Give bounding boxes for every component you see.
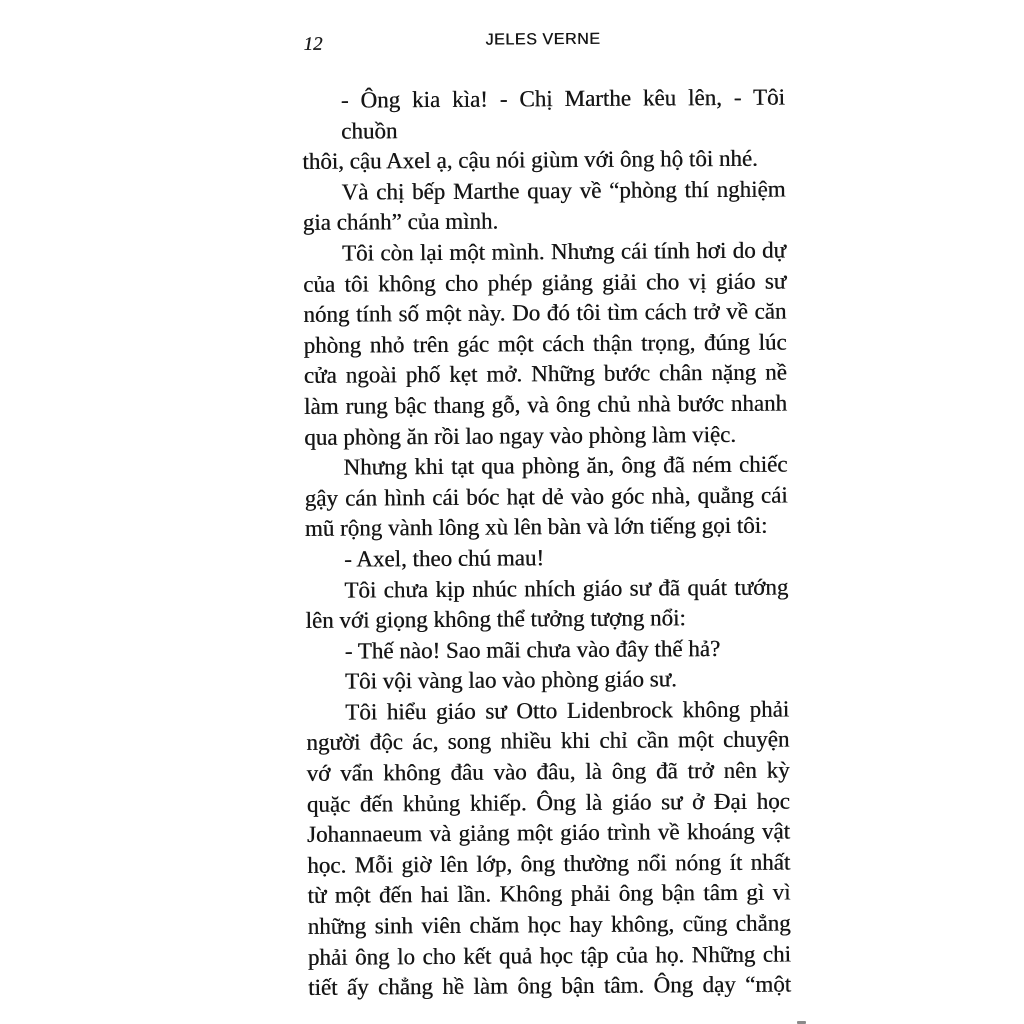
- text-line: phòng nhỏ trên gác một cách thận trọng, …: [303, 327, 786, 361]
- text-line: của tôi không cho phép giảng giải cho vị…: [303, 266, 786, 300]
- text-line: từ một đến hai lần. Không phải ông bận t…: [307, 878, 790, 912]
- text-line: Tôi hiểu giáo sư Otto Lidenbrock không p…: [306, 694, 789, 728]
- text-line: - Ông kia kìa! - Chị Marthe kêu lên, - T…: [302, 83, 785, 148]
- text-line: phải ông lo cho kết quả học tập của họ. …: [308, 939, 791, 973]
- paragraph: Tôi hiểu giáo sư Otto Lidenbrock không p…: [306, 694, 791, 1003]
- text-line: Nhưng khi tạt qua phòng ăn, ông đã ném c…: [304, 450, 787, 484]
- text-block: - Ông kia kìa! - Chị Marthe kêu lên, - T…: [302, 83, 791, 1004]
- text-line: mũ rộng vành lông xù lên bàn và lớn tiến…: [305, 511, 788, 545]
- text-line: nóng tính số một này. Do đó tôi tìm cách…: [303, 297, 786, 331]
- text-line: những sinh viên chăm học hay không, cũng…: [308, 909, 791, 943]
- text-line: gia chánh” của mình.: [303, 205, 786, 239]
- paragraph: Tôi chưa kịp nhúc nhích giáo sư đã quát …: [305, 572, 788, 637]
- text-line: lên với giọng không thể tưởng tượng nổi:: [305, 603, 788, 637]
- text-line: Tôi chưa kịp nhúc nhích giáo sư đã quát …: [305, 572, 788, 606]
- paragraph: - Thế nào! Sao mãi chưa vào đây thế hả?: [306, 633, 789, 667]
- paragraph: Tôi vội vàng lao vào phòng giáo sư.: [306, 664, 789, 698]
- text-line: gậy cán hình cái bóc hạt dẻ vào góc nhà,…: [305, 480, 788, 514]
- paragraph: Và chị bếp Marthe quay về “phòng thí ngh…: [302, 174, 785, 239]
- text-line: cửa ngoài phố kẹt mở. Những bước chân nặ…: [304, 358, 787, 392]
- paragraph: - Axel, theo chú mau!: [305, 541, 788, 575]
- text-line: học. Mỗi giờ lên lớp, ông thường nổi nón…: [307, 847, 790, 881]
- text-line: qua phòng ăn rồi lao ngay vào phòng làm …: [304, 419, 787, 453]
- text-line: vớ vẩn không đâu vào đâu, là ông đã trở …: [306, 756, 789, 790]
- text-line: - Thế nào! Sao mãi chưa vào đây thế hả?: [306, 633, 789, 667]
- text-line: Johannaeum và giảng một giáo trình về kh…: [307, 817, 790, 851]
- text-line: Tôi vội vàng lao vào phòng giáo sư.: [306, 664, 789, 698]
- paragraph: Tôi còn lại một mình. Nhưng cái tính hơi…: [303, 235, 787, 453]
- text-line: làm rung bậc thang gỗ, và ông chủ nhà bư…: [304, 388, 787, 422]
- text-line: thôi, cậu Axel ạ, cậu nói giùm với ông h…: [302, 144, 785, 178]
- text-line: quặc đến khủng khiếp. Ông là giáo sư ở Đ…: [307, 786, 790, 820]
- running-header: JELES VERNE: [301, 30, 784, 51]
- paragraph: - Ông kia kìa! - Chị Marthe kêu lên, - T…: [302, 83, 786, 178]
- text-line: người độc ác, song nhiều khi chỉ cần một…: [306, 725, 789, 759]
- text-line: Và chị bếp Marthe quay về “phòng thí ngh…: [302, 174, 785, 208]
- text-line: tiết ấy chẳng hề làm ông bận tâm. Ông dạ…: [308, 970, 791, 1004]
- book-page: 12 JELES VERNE - Ông kia kìa! - Chị Mart…: [0, 0, 1024, 1024]
- text-line: - Axel, theo chú mau!: [305, 541, 788, 575]
- text-line: Tôi còn lại một mình. Nhưng cái tính hơi…: [303, 235, 786, 269]
- paragraph: Nhưng khi tạt qua phòng ăn, ông đã ném c…: [304, 450, 788, 545]
